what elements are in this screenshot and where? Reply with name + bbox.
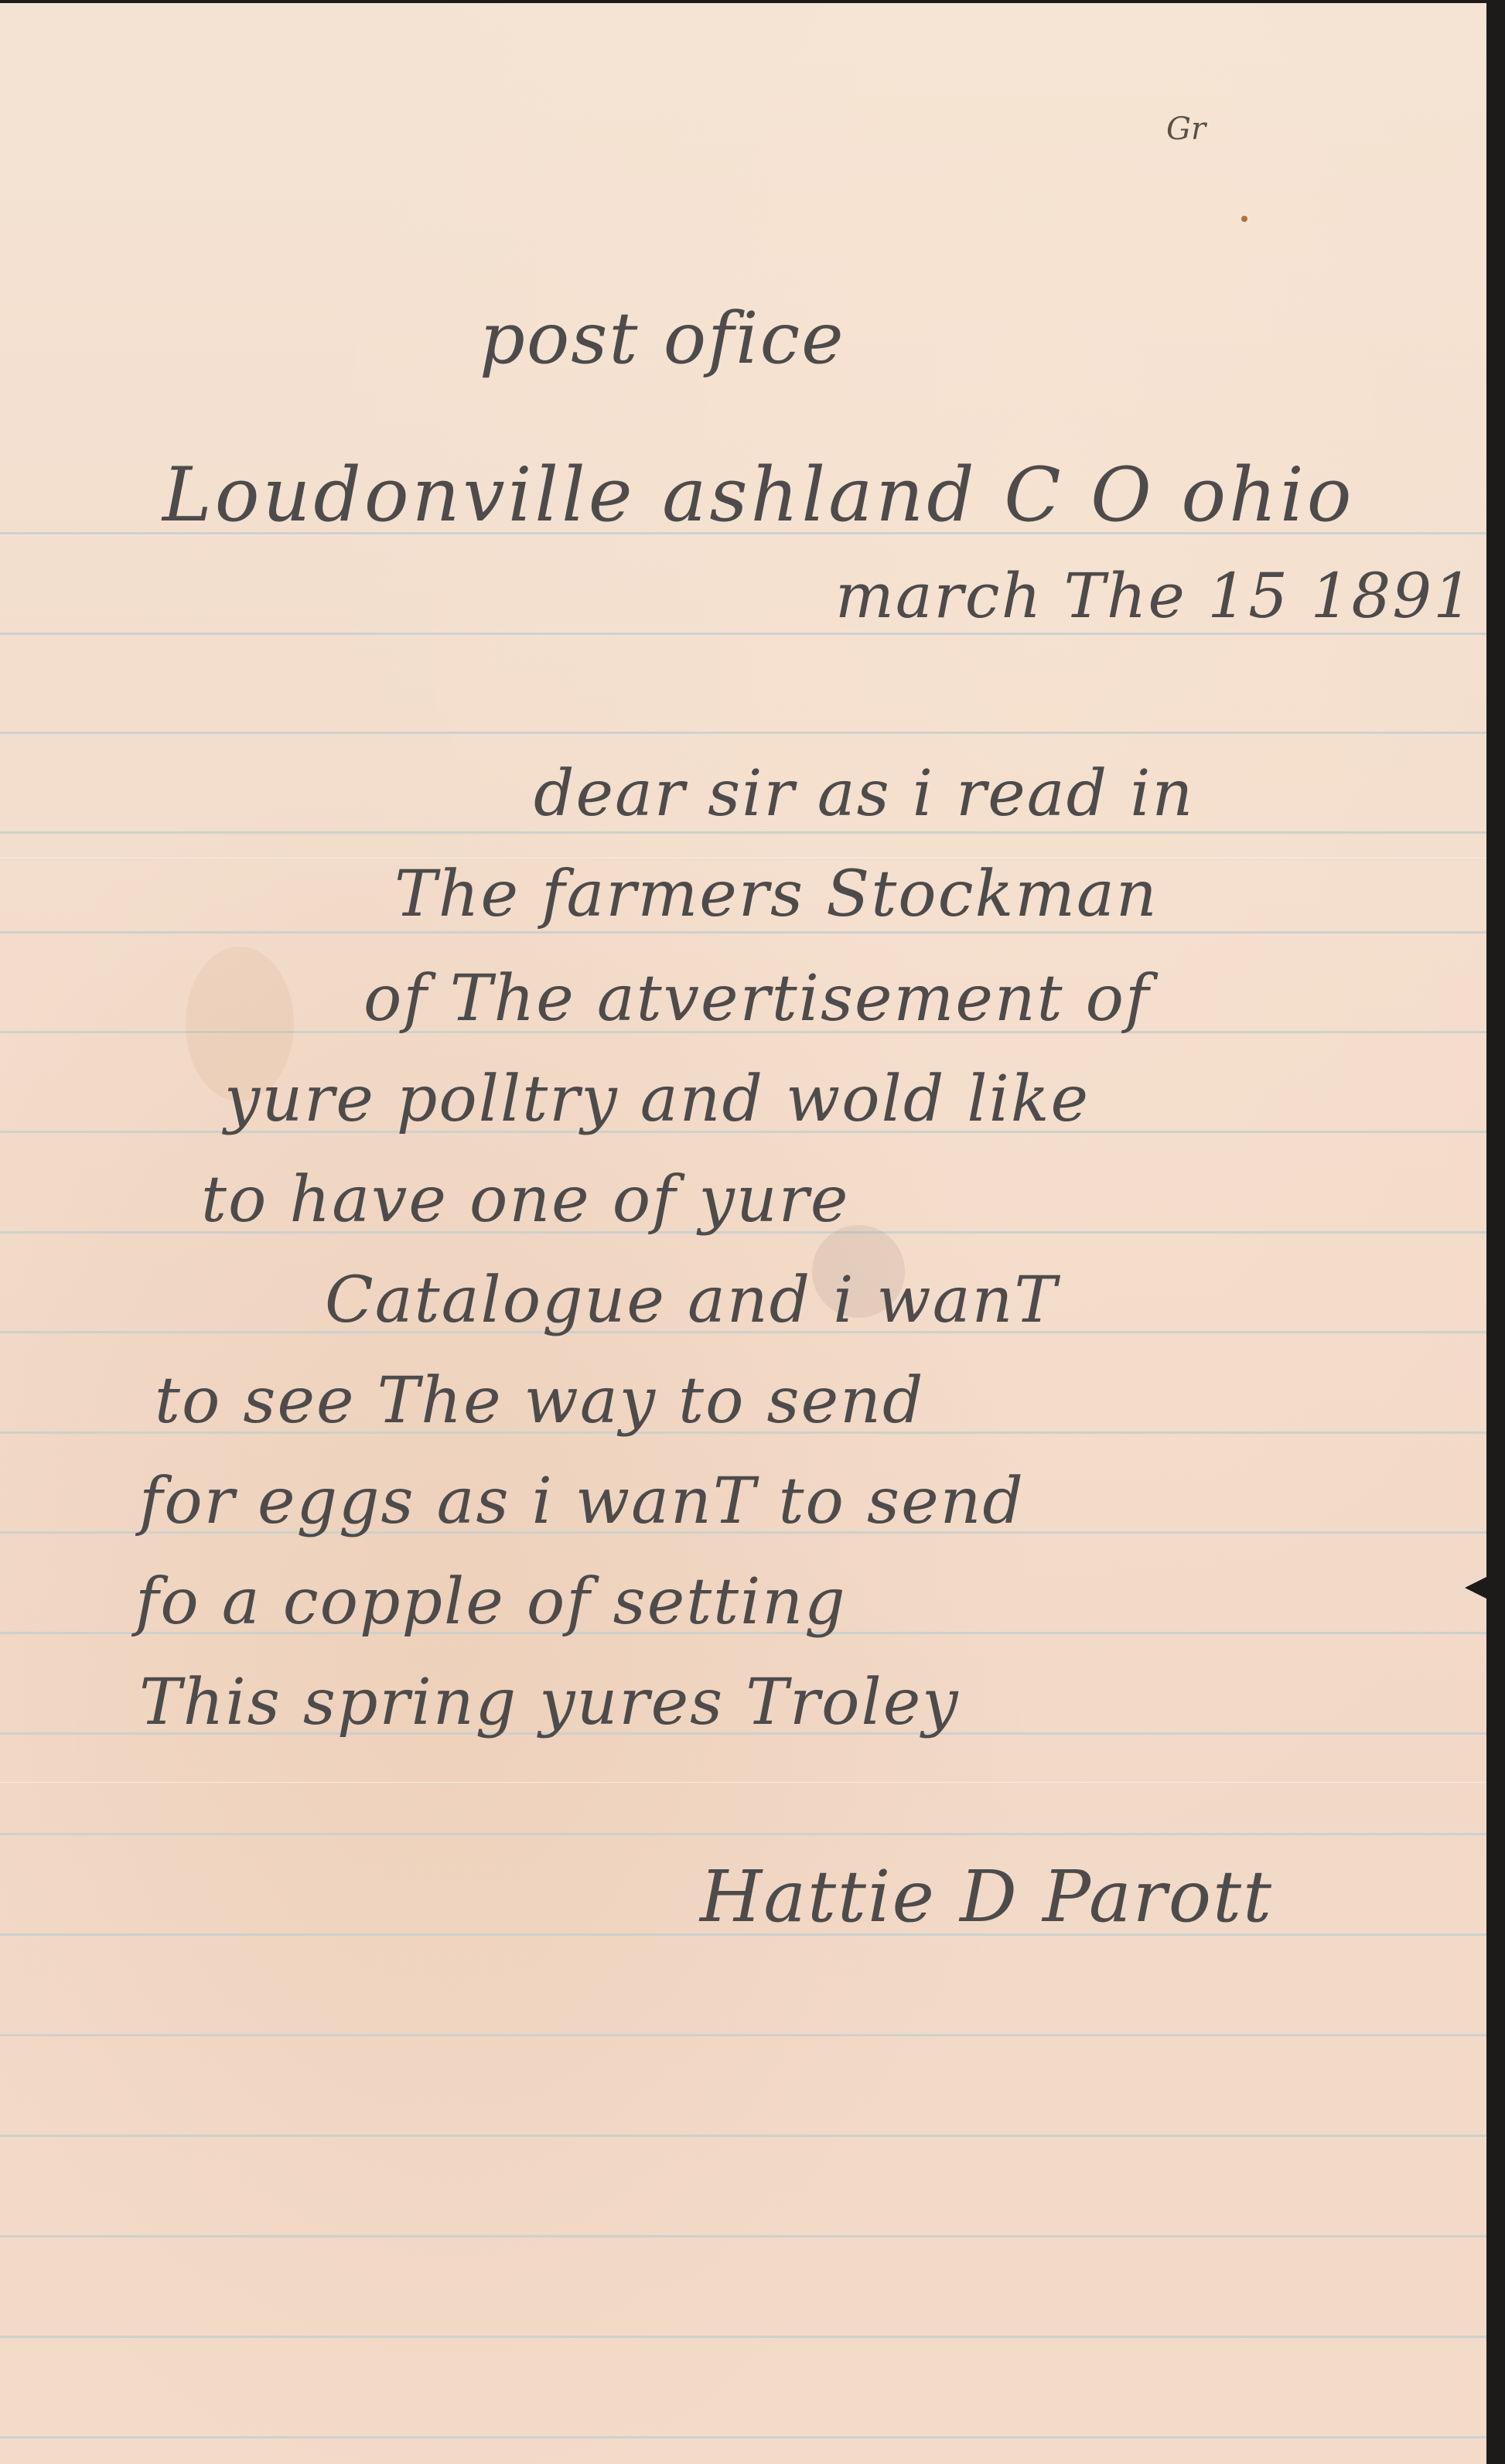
rule-line [0, 2235, 1486, 2237]
body-line-7: to see The way to send [155, 1364, 924, 1438]
ink-spot [1241, 216, 1247, 222]
rule-line [0, 732, 1486, 734]
letter-paper: Gr post ofice Loudonville ashland C O oh… [0, 3, 1486, 2464]
body-line-5: to have one of yure [201, 1163, 849, 1237]
heading-post-office: post ofice [479, 297, 845, 380]
body-line-8: for eggs as i wanT to send [139, 1465, 1025, 1538]
rule-line [0, 1833, 1486, 1835]
body-line-4: yure polltry and wold like [224, 1063, 1090, 1136]
rule-line [0, 2436, 1486, 2438]
heading-location: Loudonville ashland C O ohio [162, 452, 1355, 538]
body-line-2: The farmers Stockman [394, 858, 1159, 931]
rule-line [0, 2336, 1486, 2338]
rule-line [0, 2135, 1486, 2137]
body-line-6: Catalogue and i wanT [325, 1264, 1058, 1337]
body-line-1: dear sir as i read in [534, 757, 1194, 831]
rule-line [0, 2034, 1486, 2036]
body-line-10: This spring yures Troley [139, 1666, 960, 1739]
body-line-9: fo a copple of setting [135, 1565, 847, 1639]
paper-tear-notch [1465, 1577, 1486, 1599]
corner-mark: Gr [1166, 111, 1206, 147]
body-line-3: of The atvertisement of [363, 962, 1150, 1036]
signature: Hattie D Parott [700, 1855, 1273, 1938]
rule-line [0, 831, 1486, 834]
letter-date: march The 15 1891 [835, 560, 1474, 632]
rule-line [0, 633, 1486, 635]
rule-line [0, 931, 1486, 933]
fold-crease [0, 1782, 1486, 1784]
